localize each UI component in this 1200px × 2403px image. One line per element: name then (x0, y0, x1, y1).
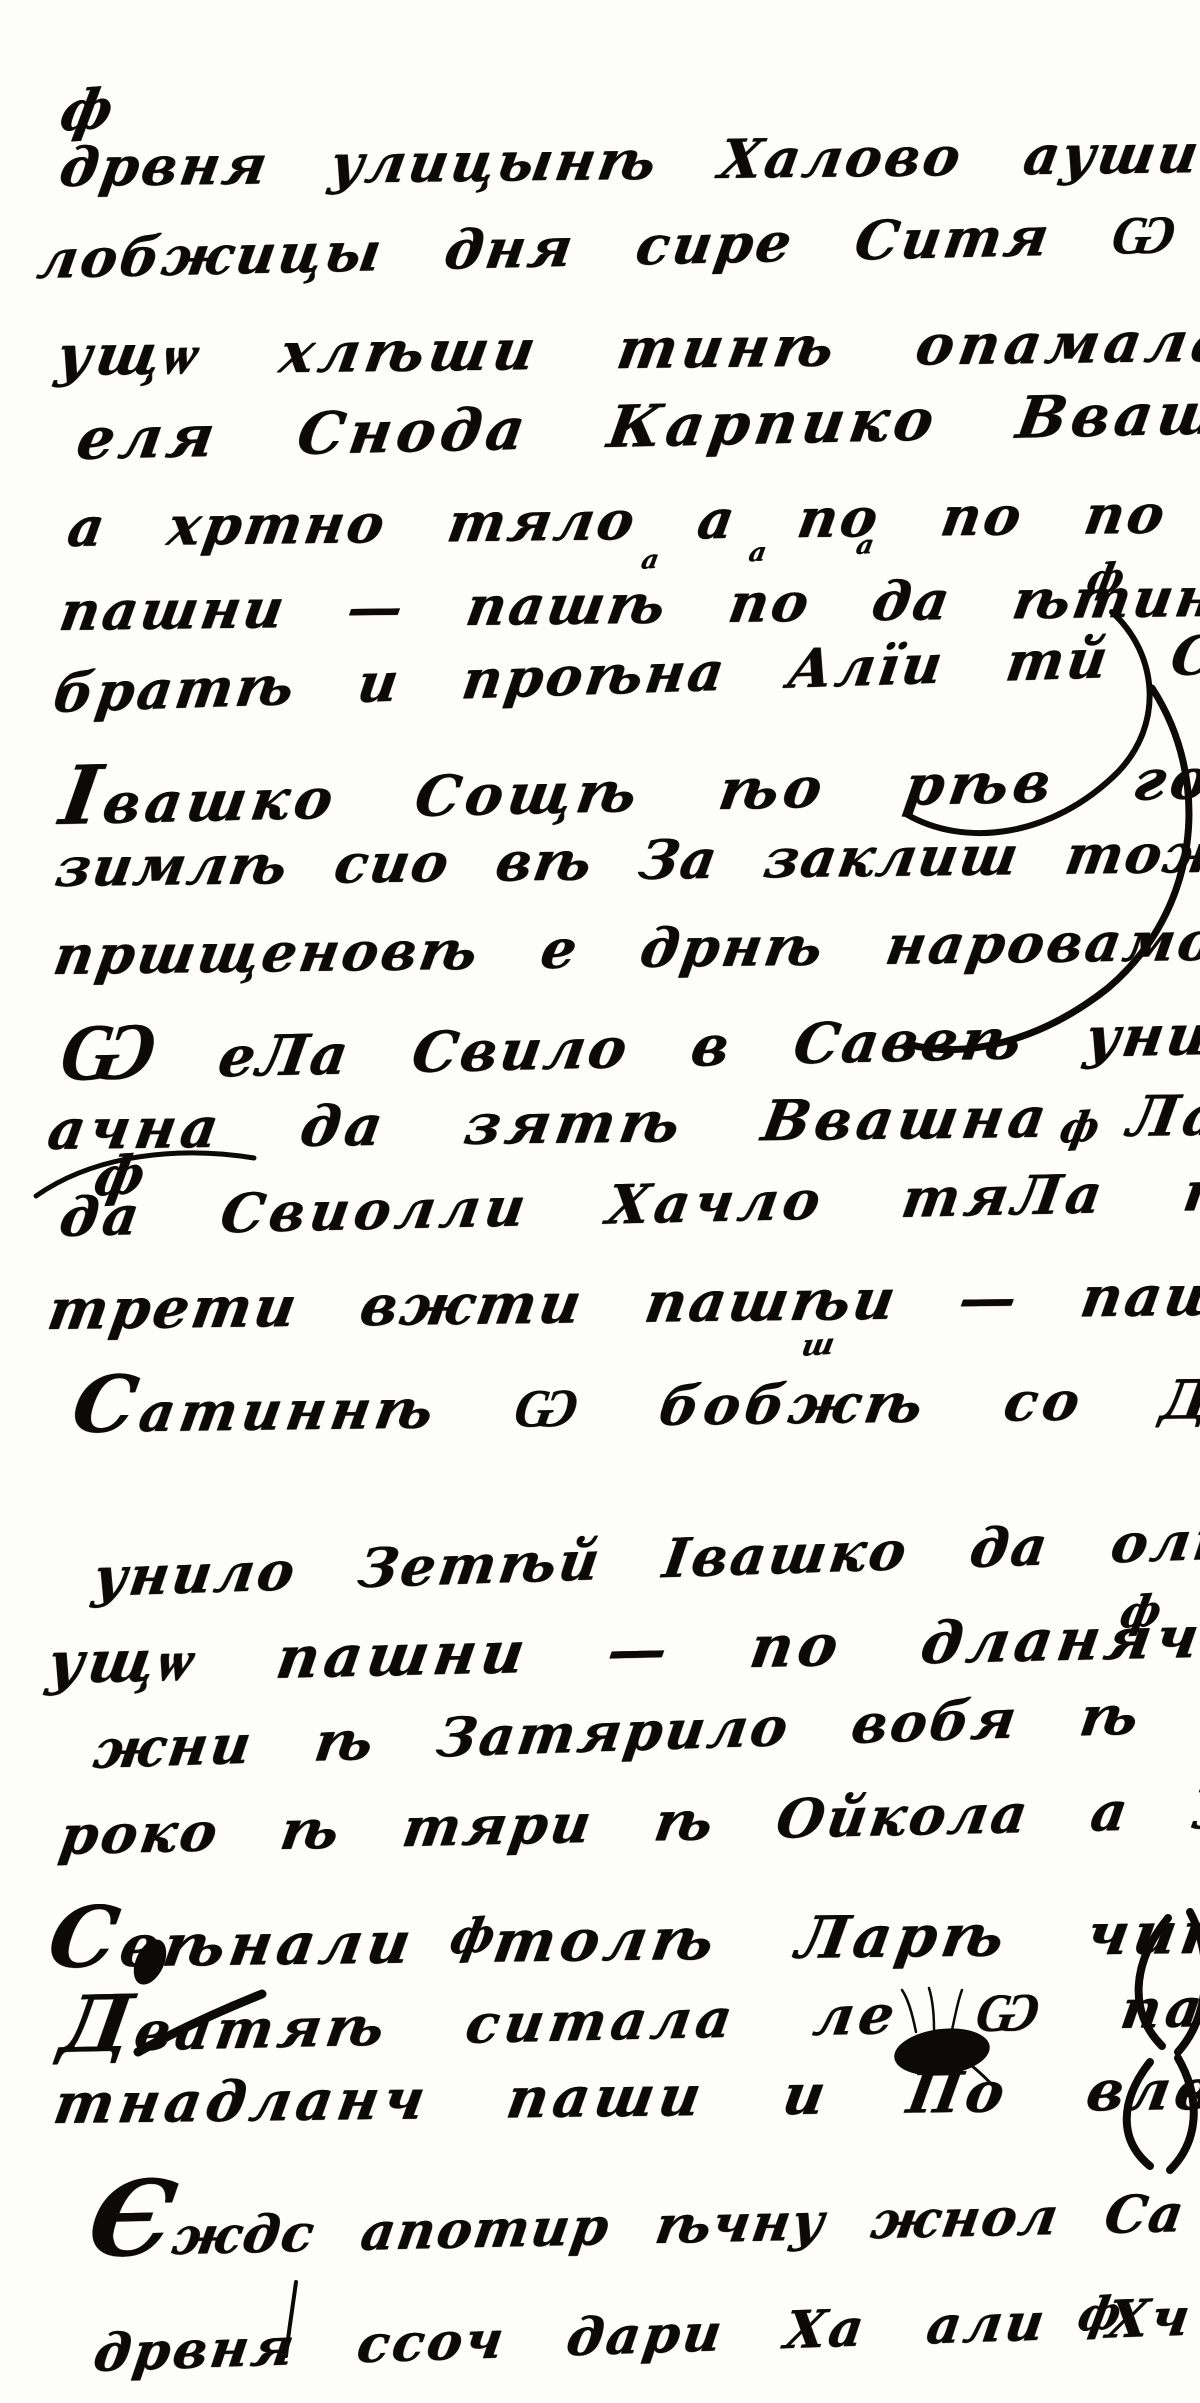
superscript-mark: ф (1084, 558, 1128, 600)
manuscript-line: ачна да зятѣ Ввашна Лара Сило (44, 1083, 1200, 1158)
superscript-mark: ф (90, 1147, 149, 1204)
manuscript-line: еля Снода Карпико Ввашн Снъ (73, 378, 1200, 468)
manuscript-line: ущѡ хлѣши тинѣ опамала де тя н (53, 308, 1200, 384)
manuscript-line: Сатиннѣ Ѡ бобжѣ со Драша Ускоро (67, 1346, 1200, 1445)
superscript-mark: ф (1056, 1105, 1102, 1150)
manuscript-line: зимлѣ сио вѣ За заклиш тоженозо (52, 823, 1200, 894)
manuscript-line: роко ѣ тяри ѣ Ойкола а Удав тволѣ (56, 1772, 1200, 1862)
manuscript-line: а хртно тяло а по по по тарети вжть (64, 479, 1200, 554)
manuscript-line: Ѡ еЛа Свило в Саввѣ унило Снъ (56, 980, 1200, 1094)
manuscript-line: лобжицы дня сире Ситя Ѡ макарищулва (34, 194, 1200, 286)
manuscript-line: пршщеновѣ е дрнѣ наровамо де и (50, 911, 1200, 982)
manuscript-line: тнадланч паши и По влвѣ аповѣ (50, 2057, 1200, 2132)
superscript-mark: ф (56, 81, 117, 140)
manuscript-line: дрвня ссоч дари Ха али Хч ннчтѡ (91, 2283, 1200, 2380)
manuscript-line: ущѡ пашни — по дланяч Хвѣ ни (44, 1599, 1200, 1692)
manuscript-line: трети вжти пашѣи — пашѣ по ди (44, 1263, 1200, 1338)
manuscript-line: дрвня улицынѣ Халово ауши а по дрвни (56, 120, 1200, 194)
superscript-mark: ф (446, 1911, 499, 1962)
manuscript-page: дрвня улицынѣ Халово ауши а по дрвни лоб… (0, 0, 1200, 2403)
manuscript-line: пашни — пашѣ по да ѣтинѣ да гнило (56, 564, 1200, 638)
superscript-mark: ш (799, 1330, 837, 1362)
manuscript-line: Єждс апотир ѣчну жнол Са тѣд тцввѣ Ст (83, 2129, 1200, 2272)
superscript-mark: ф (1074, 2289, 1124, 2338)
manuscript-line: унило Зетѣй Івашко да олносѣна задва (90, 1497, 1200, 1604)
manuscript-line: Івашко Сощѣ ѣо рѣв го жилѣ ввя (56, 718, 1200, 837)
superscript-mark: ф (1116, 1589, 1164, 1636)
manuscript-line: да Свиолли Хачло тяЛа по по по (56, 1155, 1200, 1244)
